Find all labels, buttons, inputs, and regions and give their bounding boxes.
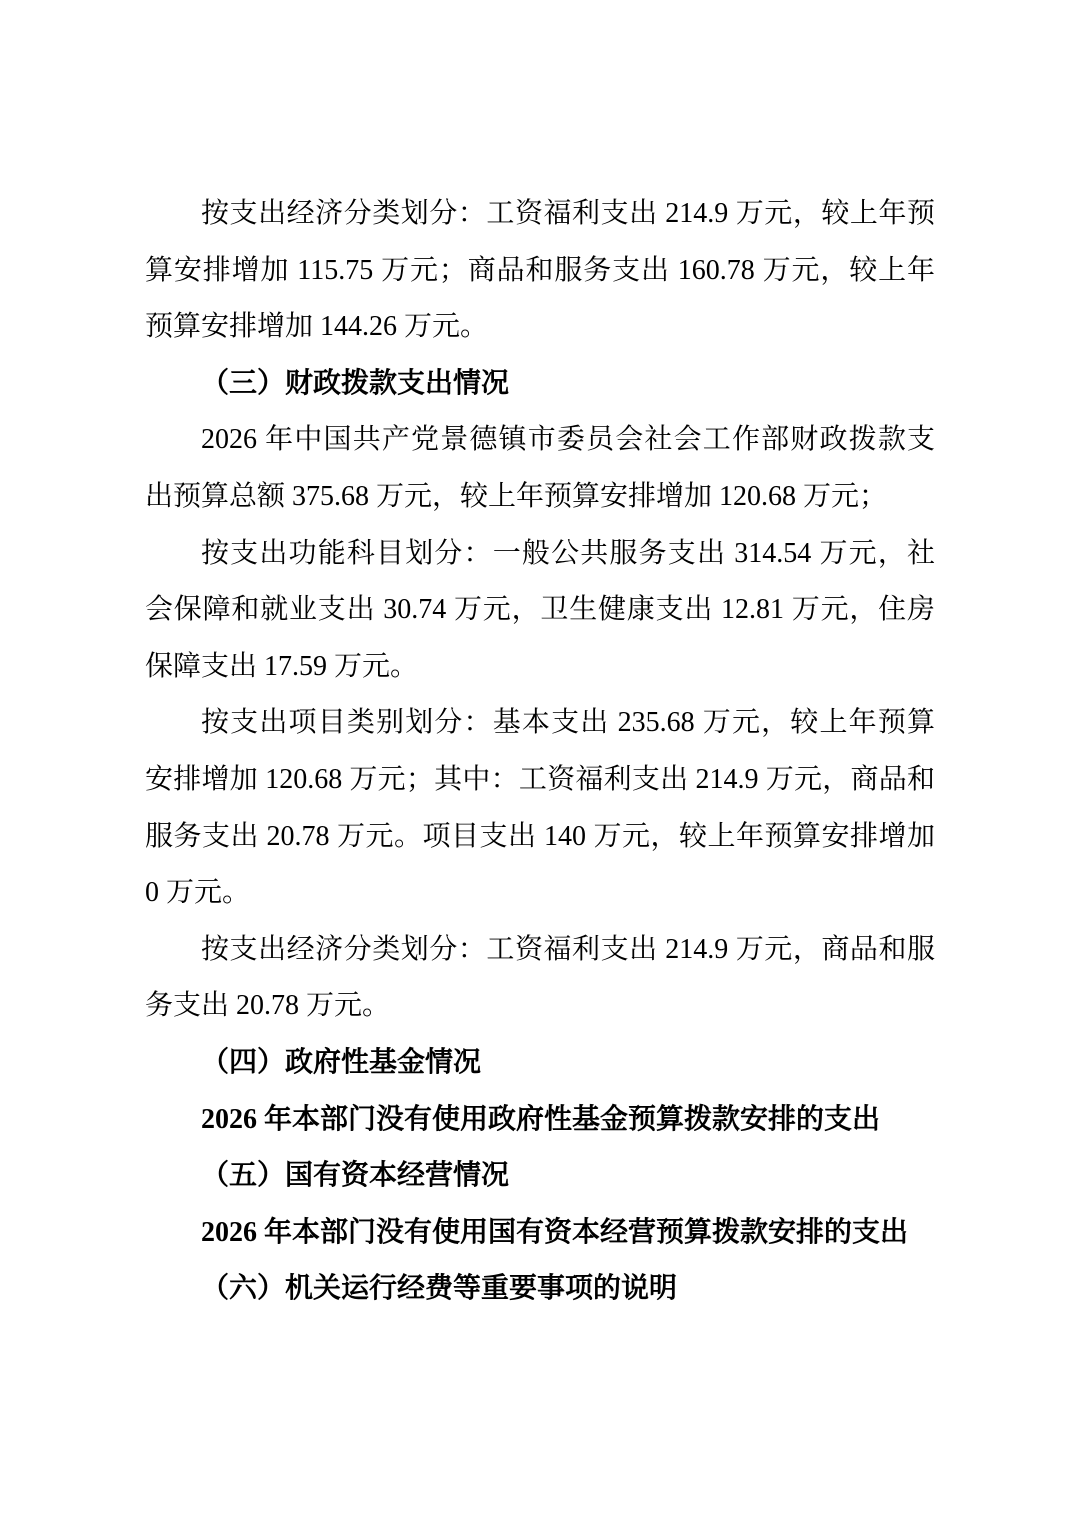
section-heading-4-government-funds: （四）政府性基金情况 xyxy=(145,1035,935,1092)
paragraph-expense-economic-class-fiscal: 按支出经济分类划分：工资福利支出 214.9 万元，商品和服务支出 20.78 … xyxy=(145,922,935,1035)
paragraph-no-government-funds: 2026 年本部门没有使用政府性基金预算拨款安排的支出 xyxy=(145,1092,935,1149)
paragraph-no-state-capital: 2026 年本部门没有使用国有资本经营预算拨款安排的支出 xyxy=(145,1205,935,1262)
paragraph-expense-project-category: 按支出项目类别划分：基本支出 235.68 万元，较上年预算安排增加 120.6… xyxy=(145,695,935,921)
paragraph-expense-economic-class-total: 按支出经济分类划分：工资福利支出 214.9 万元，较上年预算安排增加 115.… xyxy=(145,186,935,356)
section-heading-3-fiscal-appropriation: （三）财政拨款支出情况 xyxy=(145,356,935,413)
document-content: 按支出经济分类划分：工资福利支出 214.9 万元，较上年预算安排增加 115.… xyxy=(145,186,935,1318)
section-heading-5-state-capital: （五）国有资本经营情况 xyxy=(145,1148,935,1205)
section-heading-6-operating-expenses: （六）机关运行经费等重要事项的说明 xyxy=(145,1261,935,1318)
paragraph-expense-function-category: 按支出功能科目划分：一般公共服务支出 314.54 万元，社会保障和就业支出 3… xyxy=(145,526,935,696)
document-page: 按支出经济分类划分：工资福利支出 214.9 万元，较上年预算安排增加 115.… xyxy=(0,0,1074,1520)
paragraph-fiscal-appropriation-total: 2026 年中国共产党景德镇市委员会社会工作部财政拨款支出预算总额 375.68… xyxy=(145,412,935,525)
